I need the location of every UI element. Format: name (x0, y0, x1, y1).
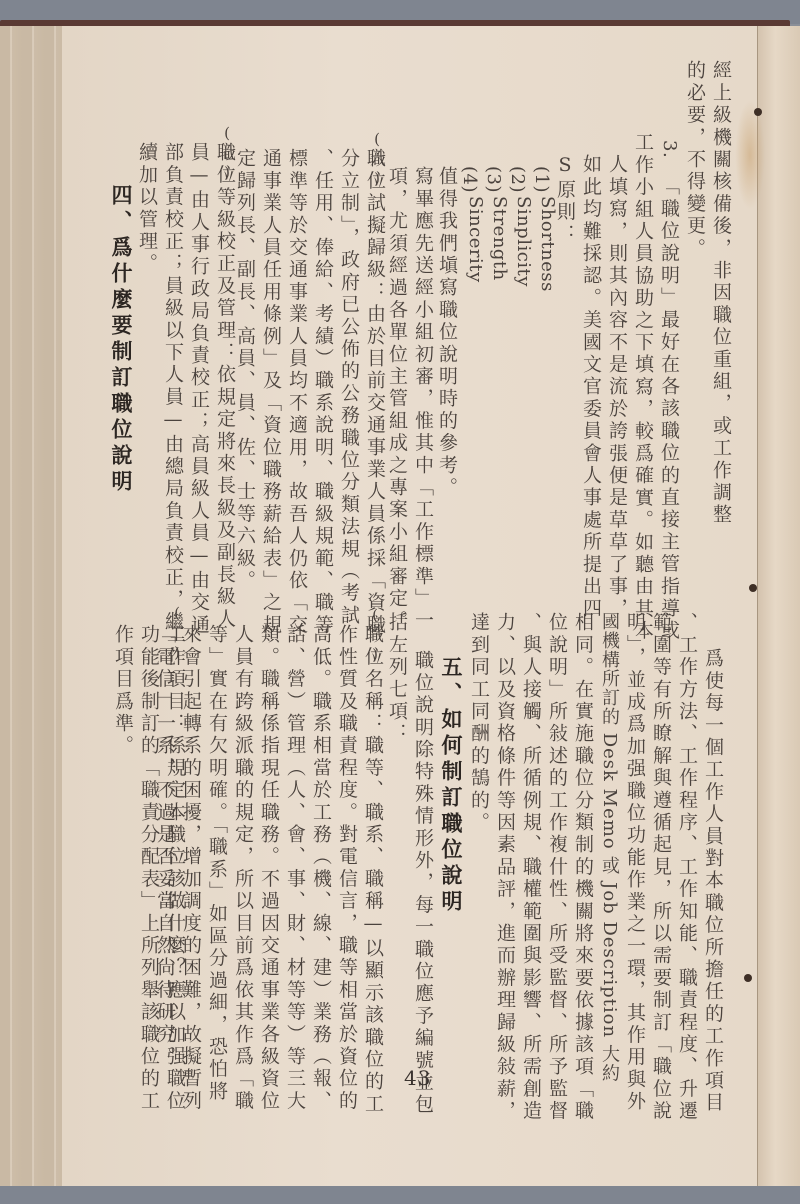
item-marker: 3. (656, 140, 682, 158)
text-column: 作性質及職責程度。對電信言，職等相當於資位的 (334, 624, 360, 1112)
text-column: 值得我們塡寫職位說明時的參考。 (434, 166, 460, 499)
text-column: 人填寫，則其內容不是流於誇張便是草草了事， (604, 154, 630, 620)
text-column: 寫畢應先送經小組初審，惟其中「工作標準」一 (410, 166, 436, 632)
text-column: 職位說明除特殊情形外，每一職位應予編號並包 (410, 650, 436, 1116)
text-column: 類。職稱係指現任職務。不過因交通事業各級資位 (256, 624, 282, 1112)
text-column: 國機構所訂的 Desk Memo 或 Job Description 大約 (596, 612, 622, 1083)
page-number: 43 (404, 1066, 431, 1090)
text-column: 部負責校正；員級以下人員—由總局負責校正，繼 (160, 142, 186, 633)
text-column: 爲使每一個工作人員對本職位所擔任的工作項目 (700, 648, 726, 1114)
text-column: 明」，並成爲加强職位功能作業之一環，其作用與外 (622, 612, 648, 1113)
text-column: 相同。在實施職位分類制的機關將來要依據該項「職 (570, 612, 596, 1123)
text-column: 的必要，不得變更。 (682, 60, 708, 260)
page-stack-edge (0, 26, 63, 1188)
text-column: 高低。職系相當於工務（機、線、建）業務（報、 (308, 624, 334, 1112)
background-bottom (0, 1186, 800, 1204)
section-heading: 四、爲什麼要制訂職位說明 (108, 184, 134, 496)
list-item-marker: (1) (528, 166, 554, 193)
binding-mark (749, 584, 757, 592)
text-column: 力、以及資格條件等因素品評，進而辦理歸級敍薪， (492, 612, 518, 1123)
text-column: 、任用、俸給、考績）職系說明、職級規範、職等 (310, 148, 336, 636)
text-column: 續加以管理。 (134, 142, 160, 275)
text-column: 「職位說明」最好在各該職位的直接主管指導或 (656, 176, 682, 642)
text-column: 工作項目：係規定本職位該做什麼？應以加强職位 (162, 624, 188, 1112)
text-column: 員—由人事行政局負責校正；高員級人員—由交通 (186, 142, 212, 636)
text-column: 等」實在有欠明確。「職系」如區分過細，恐怕將 (204, 624, 230, 1103)
text-column: 、工作方法、工作程序、工作知能、職責程度、升遷 (674, 612, 700, 1123)
text-column: 通事業人員任用條例」及「資位職務薪給表」之規 (258, 148, 284, 636)
text-column: 範圍等有所瞭解與遵循起見，所以需要制訂「職位說 (648, 612, 674, 1123)
text-column: 分立制」，政府已公佈的公務職位分類法規（考試 (336, 148, 362, 627)
text-column: 如此均難採認。美國文官委員會人事處所提出四 (578, 154, 604, 620)
list-item-text: Sinplicity (510, 196, 536, 287)
text-column: 職位試擬歸級：由於目前交通事業人員係採「資職 (362, 148, 388, 636)
text-column: 職位名稱：職等、職系、職稱—以顯示該職位的工 (360, 624, 386, 1115)
binding-mark (754, 108, 762, 116)
text-column: 功能後制訂的「職責分配表」上所列舉該職位的工 (136, 624, 162, 1112)
text-column: 標準等於交通事業人員均不適用，故吾人仍依「交 (284, 148, 310, 636)
text-column: 人員有跨級派職的規定，所以目前爲依其作爲「職 (230, 624, 256, 1112)
list-item-marker: (3) (480, 166, 506, 193)
text-column: 位說明」所敍述的工作複什性、所受監督、所予監督 (544, 612, 570, 1123)
list-item-marker: (2) (504, 166, 530, 193)
text-column: 職位等級校正及管理：依規定將來長級及副長級人 (212, 142, 238, 630)
section-heading: 五、如何制訂職位說明 (438, 656, 464, 916)
text-column: 作項目爲準。 (110, 624, 136, 757)
text-column: 、與人接觸、所循例規、職權範圍與影響、所需創造 (518, 612, 544, 1123)
text-column: 達到同工同酬的鵠的。 (466, 612, 492, 834)
binding-mark (744, 974, 752, 982)
water-stain (735, 100, 765, 210)
text-column: 經上級機關核備後，非因職位重組，或工作調整 (708, 60, 734, 526)
facing-page-edge (757, 26, 800, 1186)
list-item-text: Strength (486, 196, 512, 281)
list-item-text: Shortness (534, 196, 560, 292)
text-column: 工作小組人員協助之下填寫，較爲確實。如聽由其本 (630, 132, 656, 643)
list-item-text: Sincerity (462, 196, 488, 283)
text-column: 話、營）管理（人、會、事、財、材等等）等三大 (282, 624, 308, 1112)
